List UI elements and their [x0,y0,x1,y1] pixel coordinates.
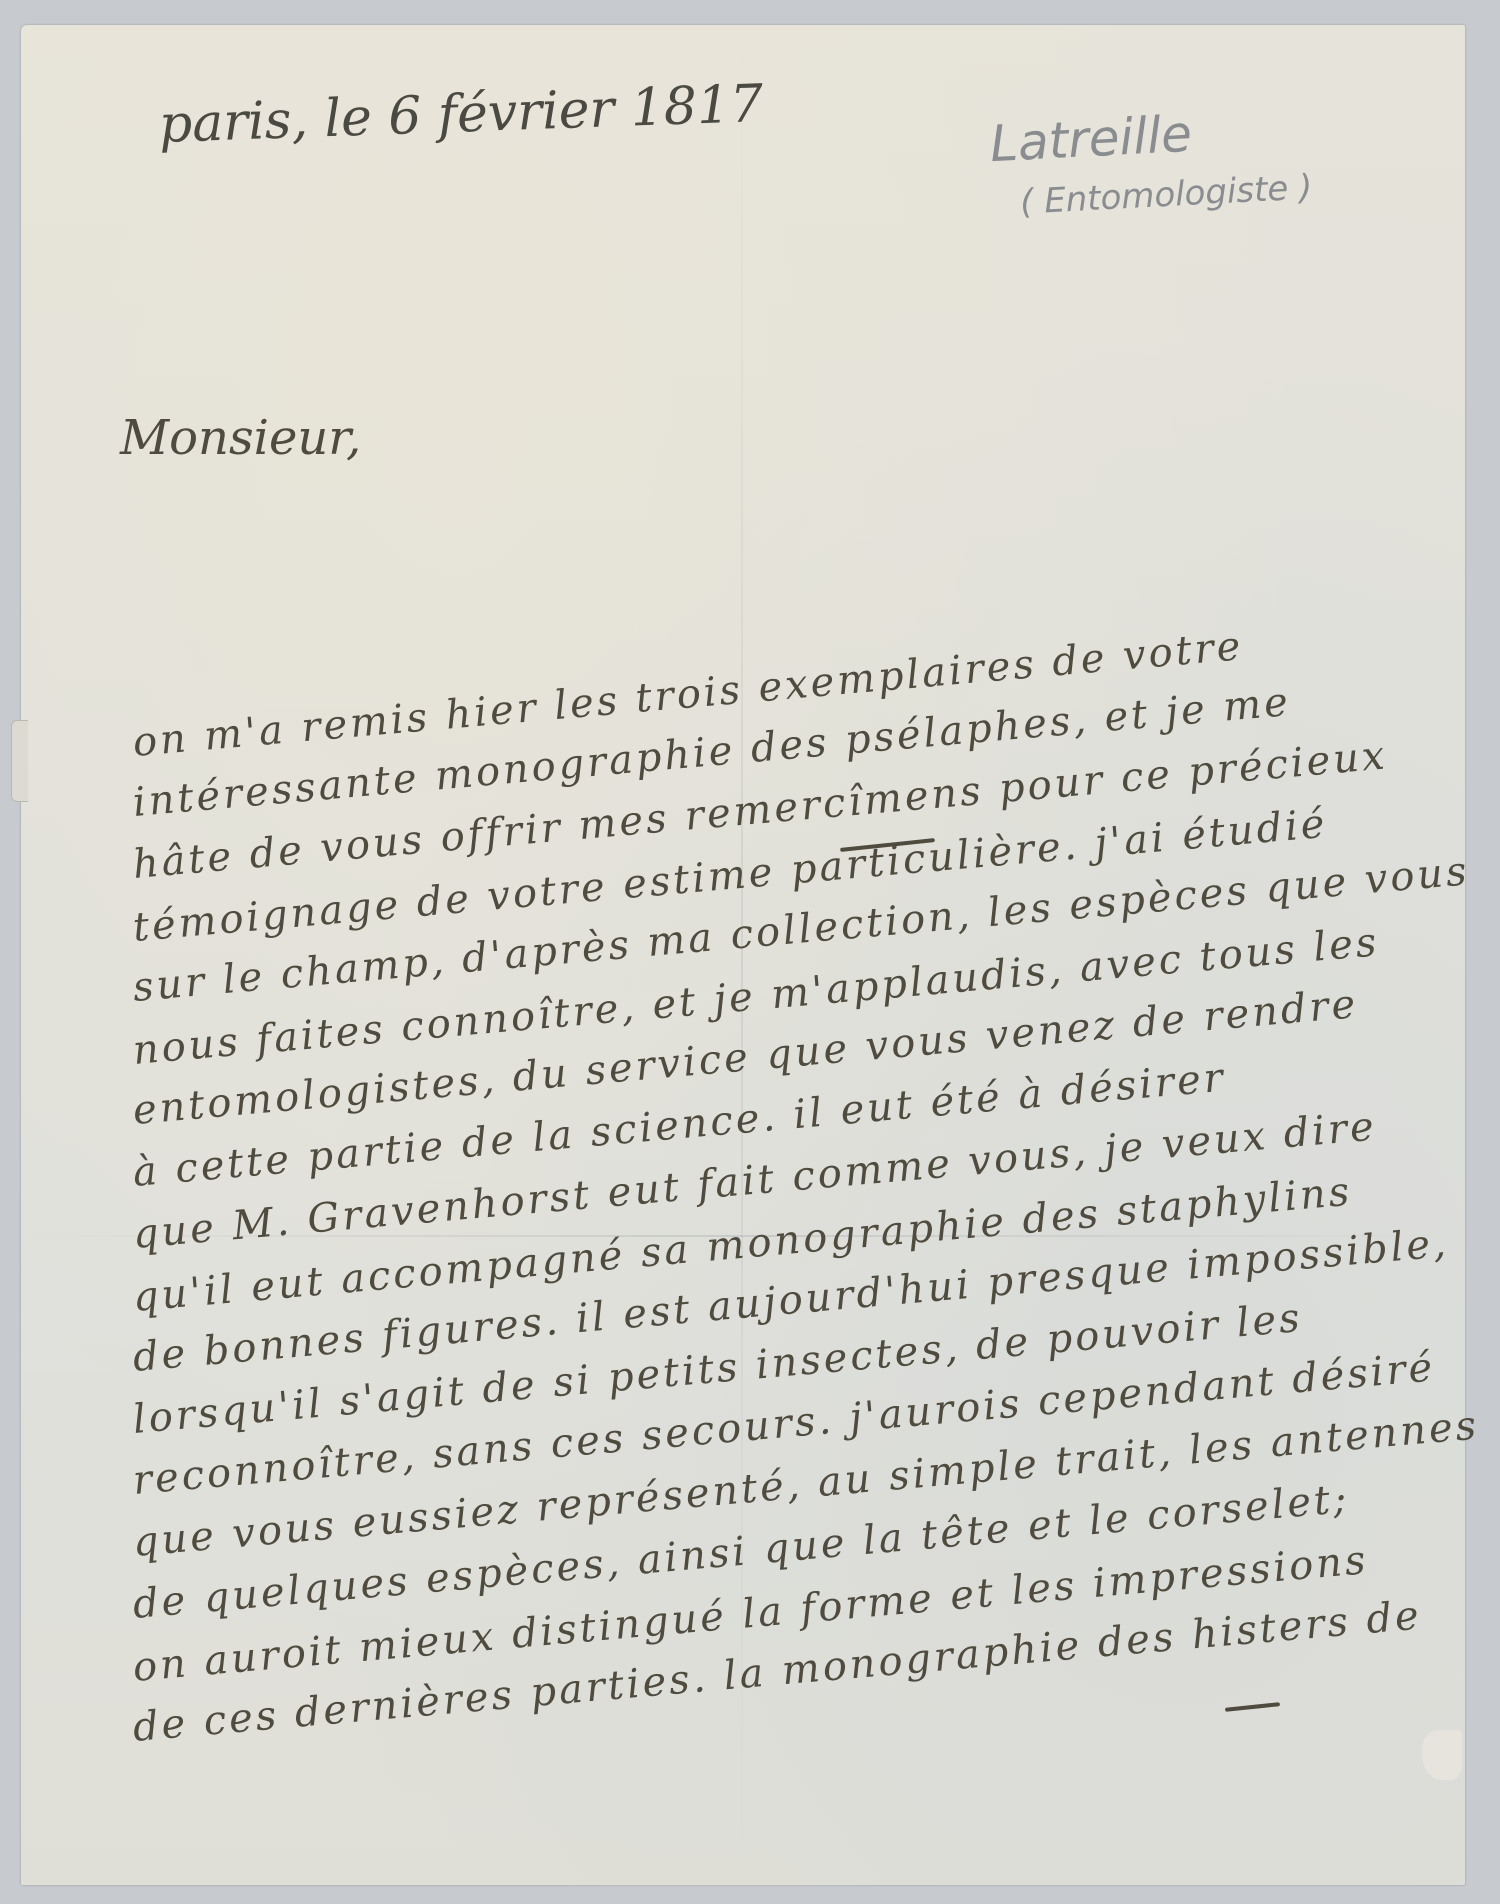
archival-note-name: Latreille [989,105,1194,173]
paper-tab [11,720,28,802]
paper-tear [1422,1730,1462,1780]
salutation: Monsieur, [120,410,361,466]
